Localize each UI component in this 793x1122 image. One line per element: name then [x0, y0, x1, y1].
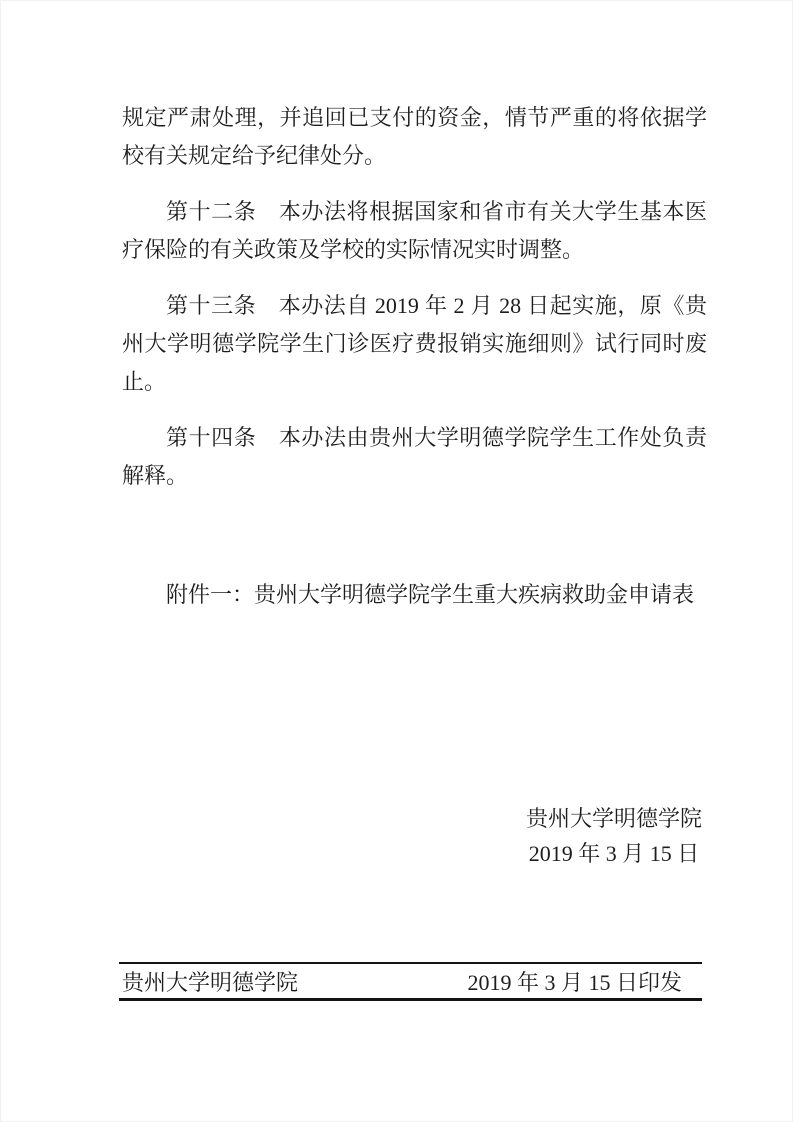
- attachment-note: 附件一：贵州大学明德学院学生重大疾病救助金申请表: [122, 576, 707, 614]
- document-page: 规定严肃处理，并追回已支付的资金，情节严重的将依据学校有关规定给予纪律处分。 第…: [0, 0, 793, 1122]
- body-paragraph-article-12: 第十二条 本办法将根据国家和省市有关大学生基本医疗保险的有关政策及学校的实际情况…: [122, 193, 707, 269]
- signature-issuer: 贵州大学明德学院: [526, 801, 702, 836]
- body-paragraph-article-13: 第十三条 本办法自 2019 年 2 月 28 日起实施，原《贵州大学明德学院学…: [122, 287, 707, 401]
- footer-print-date: 2019 年 3 月 15 日印发: [467, 966, 682, 997]
- document-body: 规定严肃处理，并追回已支付的资金，情节严重的将依据学校有关规定给予纪律处分。 第…: [122, 99, 707, 513]
- body-paragraph-continuation: 规定严肃处理，并追回已支付的资金，情节严重的将依据学校有关规定给予纪律处分。: [122, 99, 707, 175]
- body-paragraph-article-14: 第十四条 本办法由贵州大学明德学院学生工作处负责解释。: [122, 419, 707, 495]
- footer-bar: 贵州大学明德学院 2019 年 3 月 15 日印发: [119, 962, 702, 1001]
- signature-date: 2019 年 3 月 15 日: [526, 836, 702, 871]
- footer-issuer: 贵州大学明德学院: [122, 966, 298, 997]
- signature-block: 贵州大学明德学院 2019 年 3 月 15 日: [526, 801, 702, 871]
